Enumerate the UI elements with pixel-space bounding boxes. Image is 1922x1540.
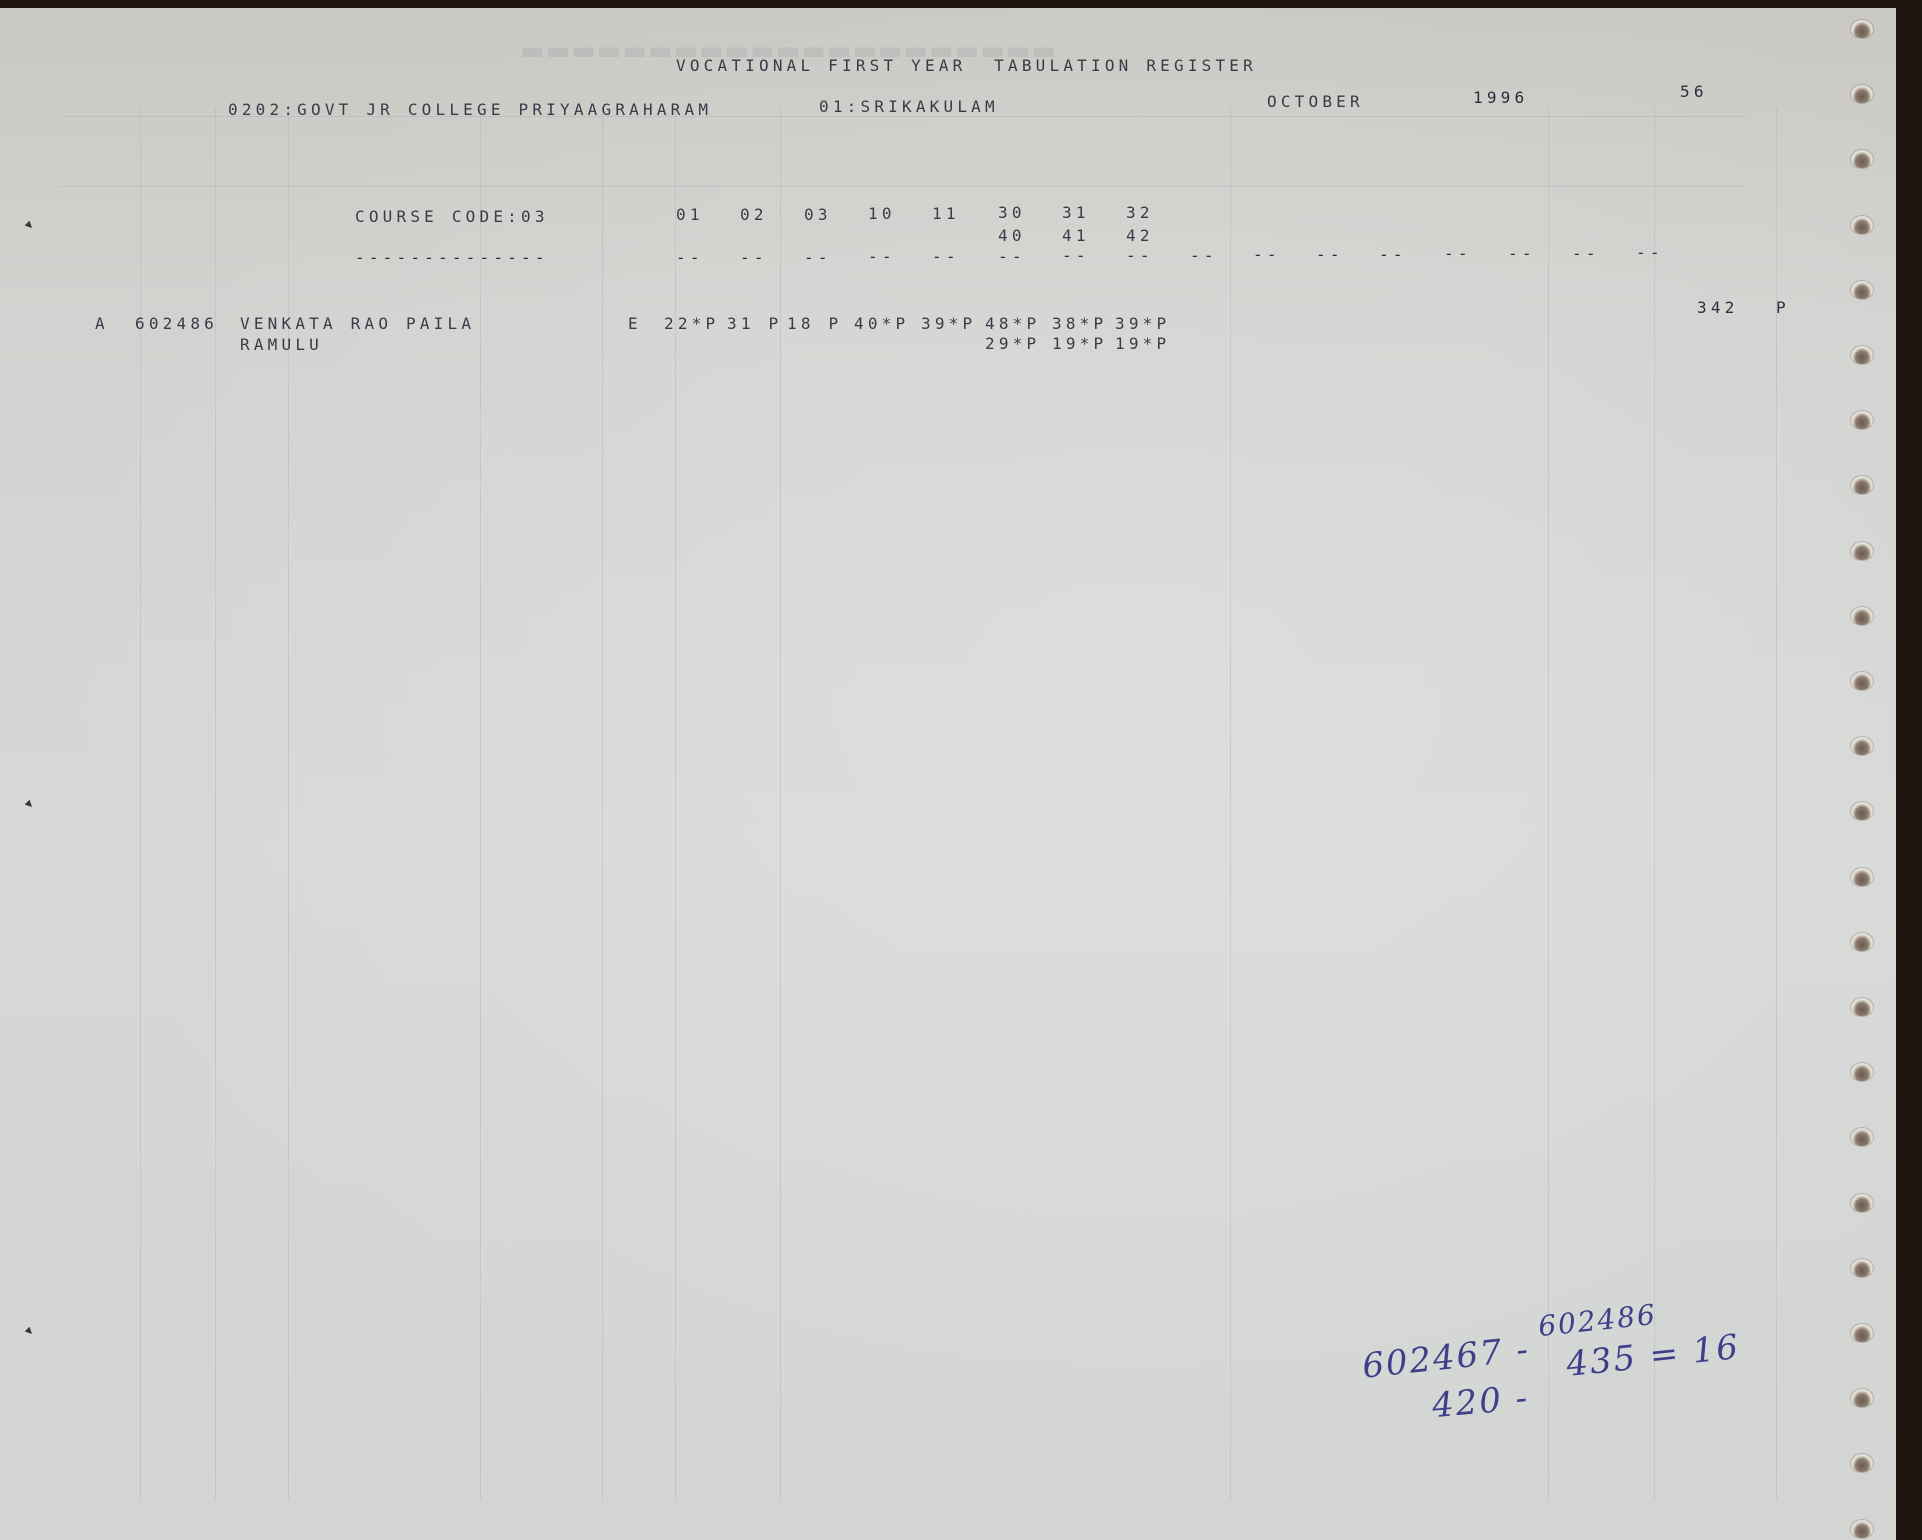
tractor-feed-hole: [1851, 1324, 1873, 1342]
subject-code: 03: [804, 205, 832, 224]
subject-divider-dash: --: [1572, 244, 1600, 263]
subject-code: 11: [932, 204, 960, 223]
handwritten-count-start: 420 -: [1430, 1378, 1530, 1426]
student-name-continued: RAMULU: [240, 335, 323, 354]
subject-code: 31: [1062, 203, 1090, 222]
handwritten-range-start: 602467 -: [1360, 1329, 1531, 1386]
tractor-feed-hole: [1851, 1063, 1873, 1081]
form-column-rule: [602, 108, 603, 1500]
binding-punch-mark: [24, 799, 36, 811]
college-name: 0202:GOVT JR COLLEGE PRIYAAGRAHARAM: [228, 100, 712, 119]
tractor-feed-hole: [1851, 737, 1873, 755]
tractor-feed-hole: [1851, 476, 1873, 494]
tractor-feed-hole: [1851, 998, 1873, 1016]
subject-divider-dash: --: [1316, 245, 1344, 264]
subject-divider-dash: --: [740, 248, 768, 267]
district-name: 01:SRIKAKULAM: [819, 97, 999, 116]
subject-code: 40: [998, 226, 1026, 245]
subject-divider-dash: --: [1508, 244, 1536, 263]
subject-mark: 39*P: [921, 314, 976, 333]
subject-divider-dash: --: [804, 248, 832, 267]
subject-code: 42: [1126, 226, 1154, 245]
subject-divider-dash: --: [1190, 246, 1218, 265]
tractor-feed-hole: [1851, 20, 1873, 38]
form-column-rule: [1548, 108, 1549, 1500]
tractor-feed-hole: [1851, 607, 1873, 625]
subject-mark: 31 P: [727, 314, 782, 333]
subject-code: 32: [1126, 203, 1154, 222]
subject-divider-dash: --: [1636, 243, 1664, 262]
subject-mark: 29*P: [985, 334, 1040, 353]
subject-code: 02: [740, 205, 768, 224]
subject-mark: 22*P: [664, 314, 719, 333]
register-title: VOCATIONAL FIRST YEAR TABULATION REGISTE…: [676, 56, 1257, 75]
total-marks: 342: [1697, 298, 1739, 317]
tractor-feed-hole: [1851, 933, 1873, 951]
tractor-feed-hole: [1851, 1389, 1873, 1407]
form-column-rule: [480, 108, 481, 1500]
course-code-label: COURSE CODE:03: [355, 207, 549, 226]
tractor-feed-hole: [1851, 150, 1873, 168]
medium: E: [628, 314, 642, 333]
subject-mark: 18 P: [787, 314, 842, 333]
subject-mark: 48*P: [985, 314, 1040, 333]
subject-divider-dash: --: [1444, 244, 1472, 263]
tractor-feed-hole: [1851, 281, 1873, 299]
student-category: A: [95, 314, 109, 333]
subject-mark: 39*P: [1115, 314, 1170, 333]
student-name: VENKATA RAO PAILA: [240, 314, 475, 333]
subject-divider-dash: --: [868, 247, 896, 266]
subject-mark: 19*P: [1052, 334, 1107, 353]
exam-year: 1996: [1473, 88, 1528, 107]
tractor-feed-hole: [1851, 672, 1873, 690]
course-code-underline: --------------: [355, 248, 549, 267]
tabulation-register-sheet: ▬▬▬▬▬▬▬▬▬▬▬▬▬▬▬▬▬▬▬▬▬ VOCATIONAL FIRST Y…: [0, 8, 1896, 1540]
subject-code: 01: [676, 205, 704, 224]
tractor-feed-hole: [1851, 216, 1873, 234]
subject-divider-dash: --: [676, 248, 704, 267]
tractor-feed-hole: [1851, 1520, 1873, 1538]
subject-divider-dash: --: [1062, 246, 1090, 265]
subject-mark: 38*P: [1052, 314, 1107, 333]
hall-ticket-number: 602486: [135, 314, 218, 333]
binding-punch-mark: [24, 220, 36, 232]
subject-code: 41: [1062, 226, 1090, 245]
subject-mark: 19*P: [1115, 334, 1170, 353]
tractor-feed-hole: [1851, 1128, 1873, 1146]
result: P: [1776, 298, 1790, 317]
form-column-rule: [1654, 108, 1655, 1500]
tractor-feed-hole: [1851, 1194, 1873, 1212]
binding-punch-mark: [24, 1326, 36, 1338]
subject-code: 10: [868, 204, 896, 223]
subject-code: 30: [998, 203, 1026, 222]
tractor-feed-hole: [1851, 411, 1873, 429]
tractor-feed-hole: [1851, 802, 1873, 820]
exam-month: OCTOBER: [1267, 92, 1364, 111]
form-column-rule: [1230, 108, 1231, 1500]
tractor-feed-hole: [1851, 542, 1873, 560]
tractor-feed-hole: [1851, 1454, 1873, 1472]
tractor-feed-hole: [1851, 868, 1873, 886]
subject-divider-dash: --: [1126, 246, 1154, 265]
page-number: 56: [1680, 82, 1708, 101]
subject-divider-dash: --: [998, 247, 1026, 266]
tractor-feed-hole: [1851, 1259, 1873, 1277]
subject-divider-dash: --: [1253, 245, 1281, 264]
subject-mark: 40*P: [854, 314, 909, 333]
subject-divider-dash: --: [1379, 245, 1407, 264]
subject-divider-dash: --: [932, 247, 960, 266]
tractor-feed-hole: [1851, 85, 1873, 103]
tractor-feed-hole: [1851, 346, 1873, 364]
form-rule: [60, 186, 1746, 187]
